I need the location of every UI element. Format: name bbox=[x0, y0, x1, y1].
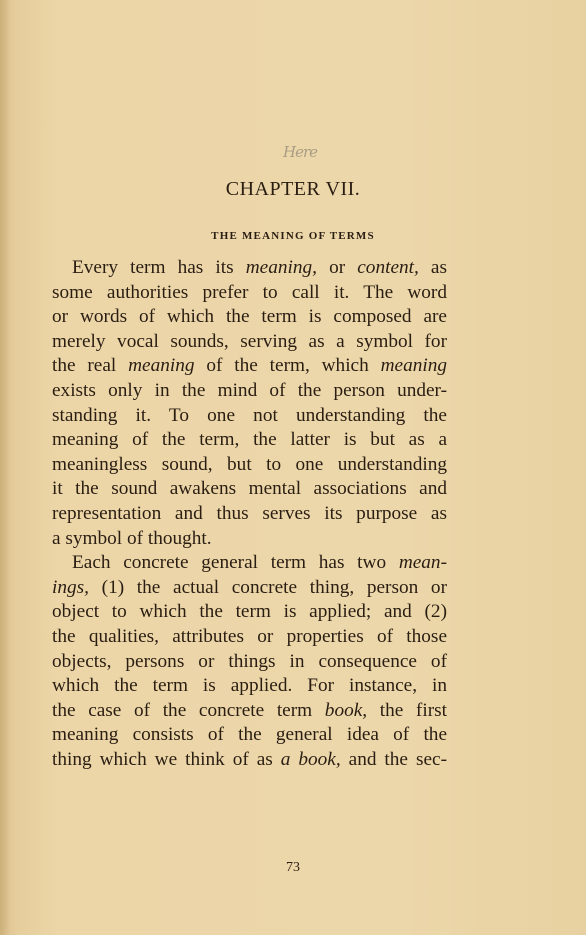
text-line: objects, persons or things in consequenc… bbox=[52, 650, 447, 675]
book-page: Here CHAPTER VII. THE MEANING OF TERMS E… bbox=[0, 0, 586, 935]
text-line: object to which the term is applied; and… bbox=[52, 600, 447, 625]
text-line: a symbol of thought. bbox=[52, 527, 447, 552]
page-gutter-shadow bbox=[0, 0, 10, 935]
text-line: representation and thus serves its purpo… bbox=[52, 502, 447, 527]
text-line: Each concrete general term has two mean- bbox=[52, 551, 447, 576]
page-number: 73 bbox=[0, 860, 586, 876]
text-line: which the term is applied. For instance,… bbox=[52, 674, 447, 699]
text-line: meaning consists of the general idea of … bbox=[52, 723, 447, 748]
text-line: the real meaning of the term, which mean… bbox=[52, 354, 447, 379]
paragraph: Each concrete general term has two mean-… bbox=[52, 551, 447, 772]
text-line: merely vocal sounds, serving as a symbol… bbox=[52, 330, 447, 355]
text-line: thing which we think of as a book, and t… bbox=[52, 748, 447, 773]
paragraph: Every term has its meaning, or content, … bbox=[52, 256, 447, 551]
text-line: or words of which the term is composed a… bbox=[52, 305, 447, 330]
text-line: meaning of the term, the latter is but a… bbox=[52, 428, 447, 453]
body-text: Every term has its meaning, or content, … bbox=[52, 256, 447, 772]
text-line: ings, (1) the actual concrete thing, per… bbox=[52, 576, 447, 601]
text-line: some authorities prefer to call it. The … bbox=[52, 281, 447, 306]
text-line: meaningless sound, but to one understand… bbox=[52, 453, 447, 478]
text-line: the case of the concrete term book, the … bbox=[52, 699, 447, 724]
text-line: exists only in the mind of the person un… bbox=[52, 379, 447, 404]
text-line: standing it. To one not understanding th… bbox=[52, 404, 447, 429]
chapter-title: CHAPTER VII. bbox=[0, 178, 586, 201]
pencil-annotation: Here bbox=[283, 143, 317, 161]
text-line: Every term has its meaning, or content, … bbox=[52, 256, 447, 281]
text-line: it the sound awakens mental associations… bbox=[52, 477, 447, 502]
section-title: THE MEANING OF TERMS bbox=[0, 230, 586, 242]
text-line: the qualities, attributes or properties … bbox=[52, 625, 447, 650]
